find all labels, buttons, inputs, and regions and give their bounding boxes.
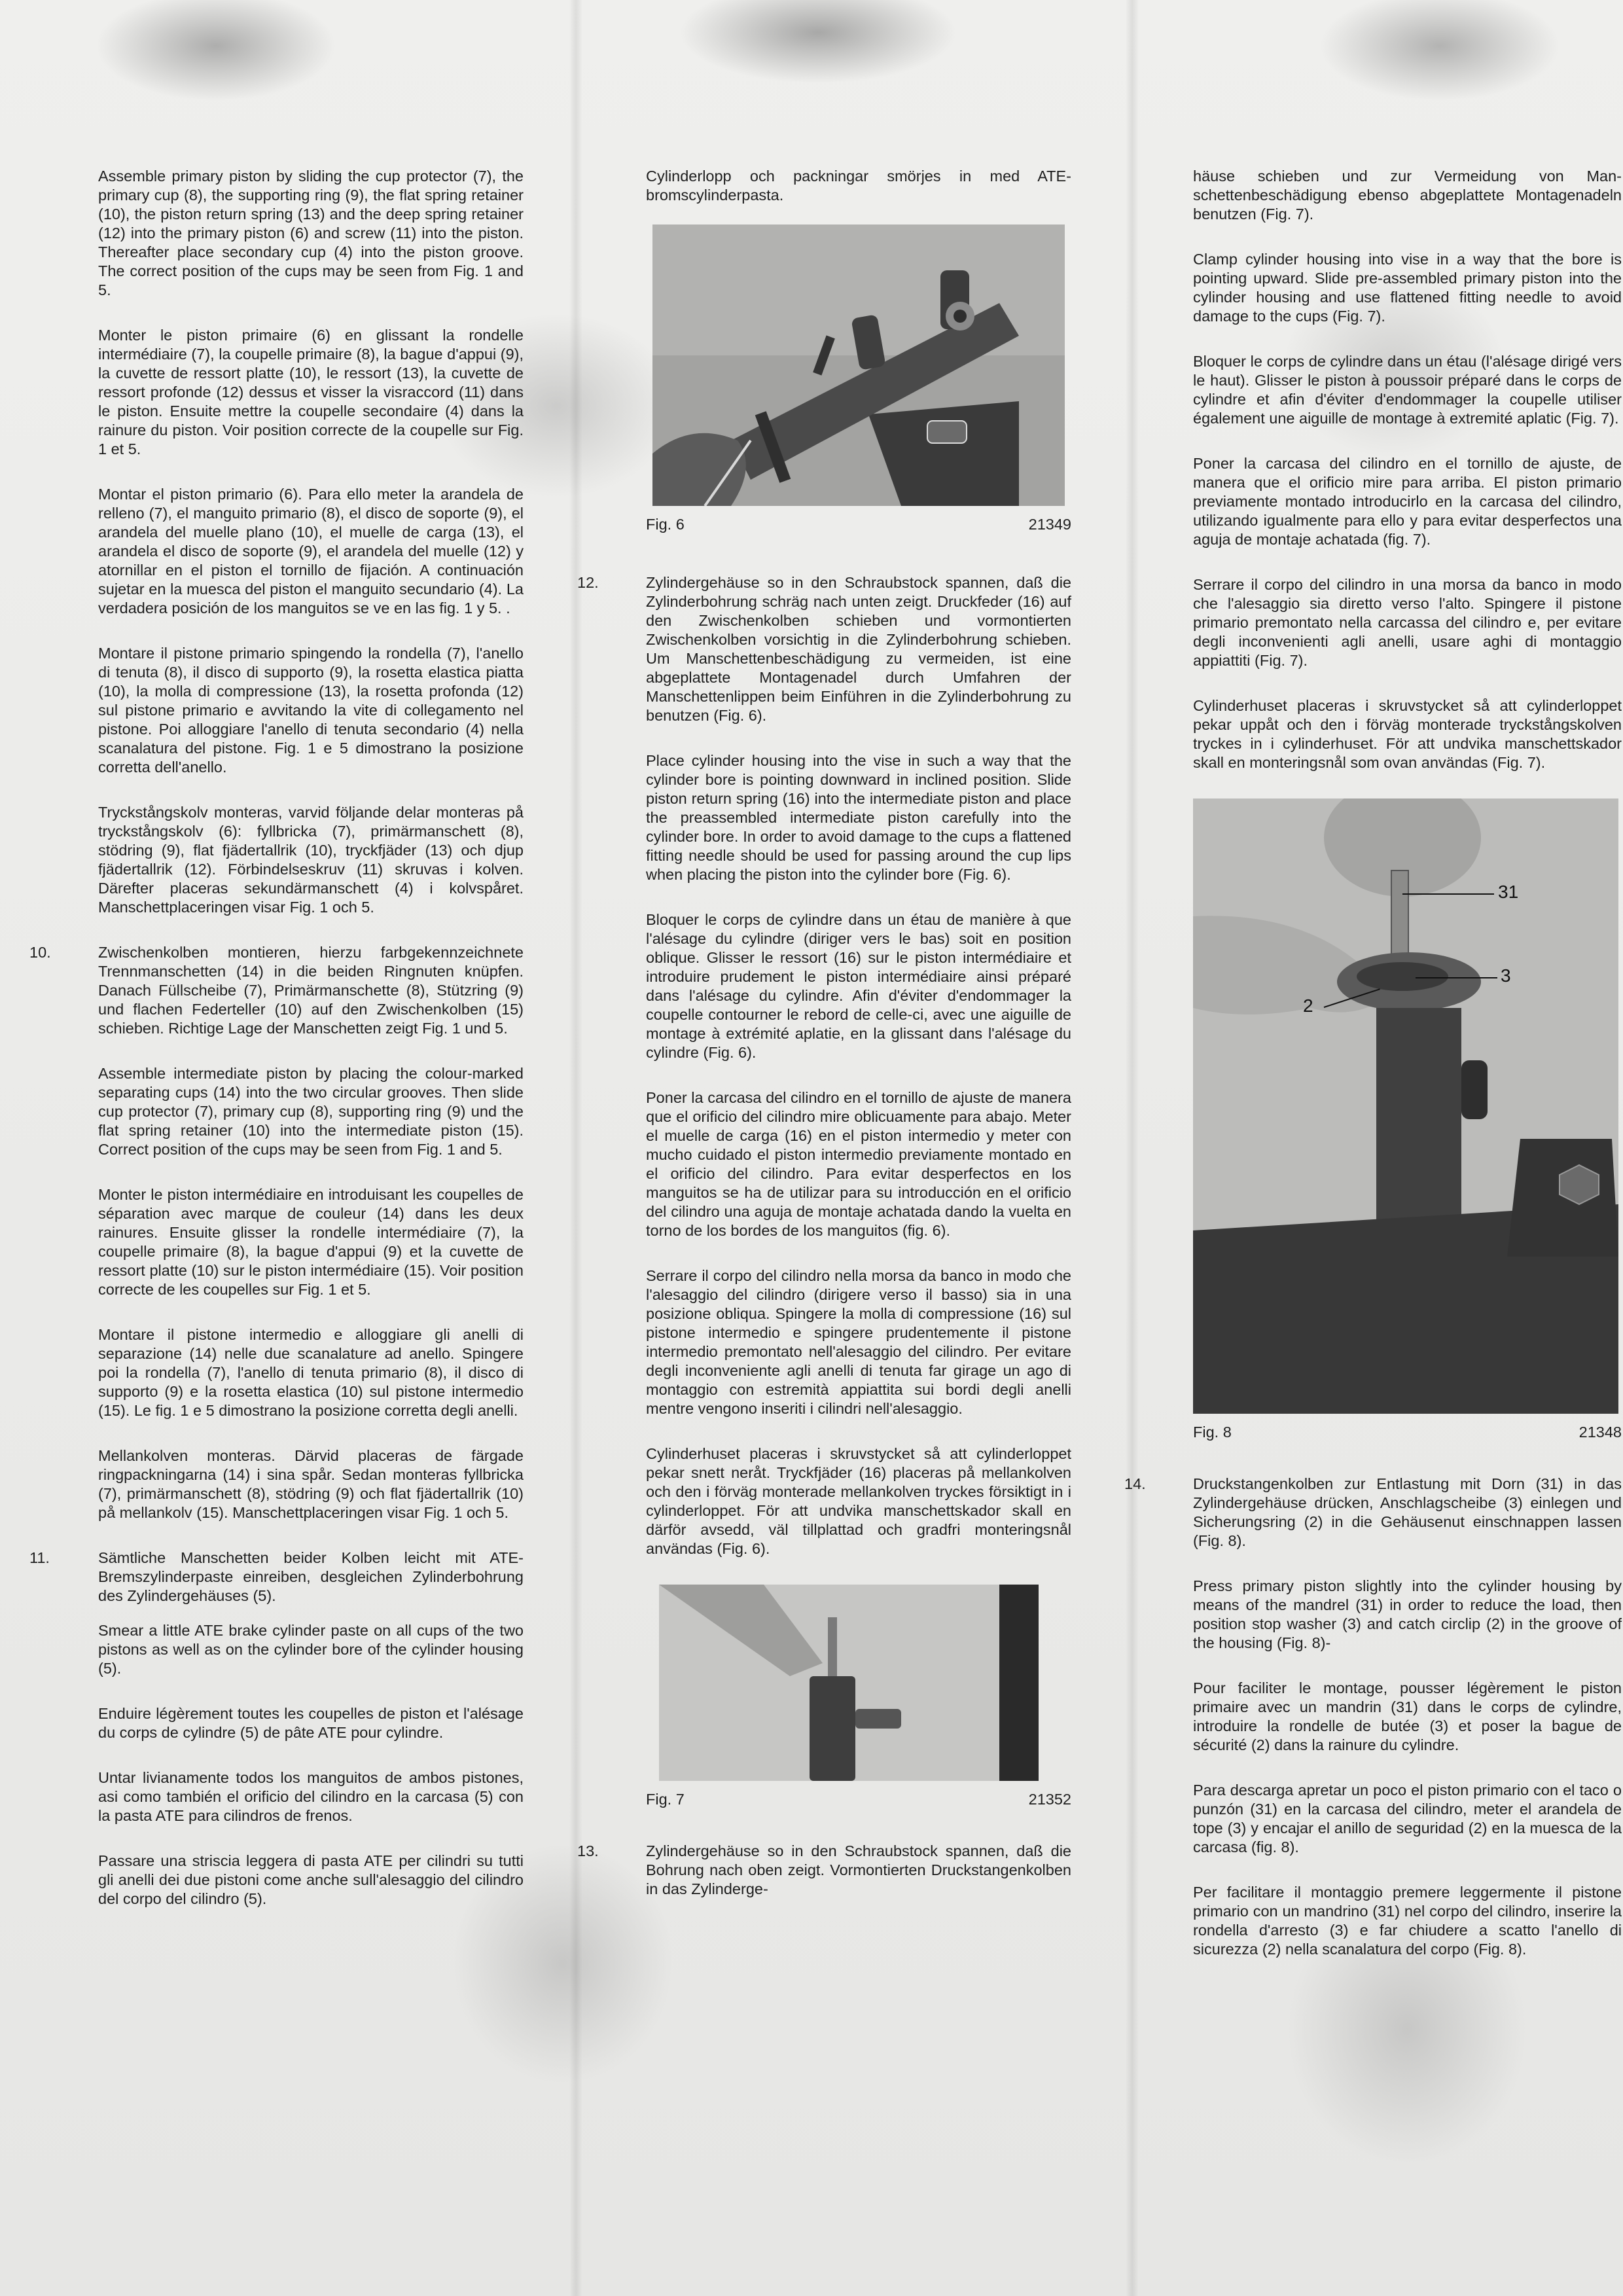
step-10-it: Montare il pistone intermedio e alloggia… — [98, 1325, 524, 1420]
page-fold — [569, 0, 582, 2296]
figure-6: Fig. 6 21349 — [646, 224, 1071, 534]
step-13-it: Serrare il corpo del cilindro in una mor… — [1193, 575, 1622, 670]
step-11-es: Untar livianamente todos los manguitos d… — [98, 1768, 524, 1825]
step-14-it: Per facilitare il montaggio premere legg… — [1193, 1883, 1622, 1959]
step-14: 14. Druckstangenkolben zur Entlastung mi… — [1193, 1475, 1622, 1551]
step-number: 14. — [1124, 1475, 1183, 1494]
step-10: 10. Zwischenkolben montieren, hierzu far… — [98, 943, 524, 1038]
paragraph-en-primary-piston: Assemble primary piston by sliding the c… — [98, 167, 524, 300]
paragraph-sv-lubricate: Cylinderlopp och packningar smörjes in m… — [646, 167, 1071, 205]
figure-8: 31 3 2 Fig. 8 21348 — [1193, 798, 1622, 1442]
step-13-de-start: Zylindergehäuse so in den Schraubstock s… — [646, 1842, 1071, 1897]
step-12-sv: Cylinderhuset placeras i skruvstycket så… — [646, 1444, 1071, 1558]
step-12-it: Serrare il corpo del cilindro nella mors… — [646, 1266, 1071, 1418]
step-11: 11. Sämtliche Manschetten beider Kolben … — [98, 1549, 524, 1605]
paragraph-sv-primary-piston: Tryckstångskolv monteras, varvid följand… — [98, 803, 524, 917]
step-12-es: Poner la carcasa del cilindro en el torn… — [646, 1088, 1071, 1240]
step-14-fr: Pour faciliter le montage, pousser légèr… — [1193, 1679, 1622, 1755]
figure-8-photo: 31 3 2 — [1193, 798, 1618, 1414]
callout-label-2: 2 — [1303, 996, 1313, 1015]
figure-7-number: 21352 — [1029, 1790, 1071, 1809]
paragraph-it-primary-piston: Montare il pistone primario spingendo la… — [98, 644, 524, 777]
figure-8-caption: Fig. 8 21348 — [1193, 1423, 1622, 1442]
figure-7: Fig. 7 21352 — [646, 1585, 1071, 1809]
step-12: 12. Zylindergehäuse so in den Schraubsto… — [646, 573, 1071, 725]
callout-leader-31 — [1402, 893, 1494, 895]
figure-6-photo — [652, 224, 1065, 506]
step-13-en: Clamp cylinder housing into vise in a wa… — [1193, 250, 1622, 326]
cylinder-vertical-illustration — [659, 1585, 1039, 1781]
callout-label-31: 31 — [1498, 882, 1518, 901]
step-11-en: Smear a little ATE brake cylinder paste … — [98, 1621, 524, 1678]
step-13: 13. Zylindergehäuse so in den Schraubsto… — [646, 1842, 1071, 1899]
step-number: 10. — [29, 943, 88, 962]
mandrel-pressing-piston-illustration — [1193, 798, 1618, 1414]
step-number: 13. — [577, 1842, 636, 1861]
step-13-fr: Bloquer le corps de cylindre dans un éta… — [1193, 352, 1622, 428]
step-number: 12. — [577, 573, 636, 592]
step-11-fr: Enduire légèrement toutes les coupelles … — [98, 1704, 524, 1742]
step-12-fr: Bloquer le corps de cylindre dans un éta… — [646, 910, 1071, 1062]
step-10-en: Assemble intermediate piston by placing … — [98, 1064, 524, 1159]
step-10-de: Zwischenkolben montieren, hierzu farbgek… — [98, 944, 524, 1037]
step-14-de: Druckstangenkolben zur Entlastung mit Do… — [1193, 1475, 1622, 1549]
callout-label-3: 3 — [1501, 966, 1511, 985]
figure-6-caption: Fig. 6 21349 — [646, 515, 1071, 534]
step-number: 11. — [29, 1549, 88, 1568]
step-13-sv: Cylinderhuset placeras i skruvstycket så… — [1193, 696, 1622, 772]
step-13-es: Poner la carcasa del cilindro en el torn… — [1193, 454, 1622, 549]
callout-leader-3 — [1416, 977, 1497, 978]
step-11-it: Passare una striscia leggera di pasta AT… — [98, 1852, 524, 1909]
step-14-es: Para descarga apretar un poco el piston … — [1193, 1781, 1622, 1857]
middle-column: Cylinderlopp och packningar smörjes in m… — [646, 167, 1071, 1925]
step-13-de-end: häuse schieben und zur Vermeidung von Ma… — [1193, 167, 1622, 224]
step-12-en: Place cylinder housing into the vise in … — [646, 751, 1071, 884]
step-12-de: Zylindergehäuse so in den Schraubstock s… — [646, 574, 1071, 724]
step-10-sv: Mellankolven monteras. Därvid placeras d… — [98, 1446, 524, 1522]
figure-8-number: 21348 — [1579, 1423, 1622, 1442]
cylinder-in-vise-illustration — [652, 224, 1065, 506]
figure-8-label: Fig. 8 — [1193, 1423, 1232, 1442]
right-column: häuse schieben und zur Vermeidung von Ma… — [1193, 167, 1622, 1985]
step-11-de: Sämtliche Manschetten beider Kolben leic… — [98, 1549, 524, 1604]
page-fold — [1126, 0, 1139, 2296]
figure-7-caption: Fig. 7 21352 — [646, 1790, 1071, 1809]
figure-7-label: Fig. 7 — [646, 1790, 685, 1809]
figure-6-label: Fig. 6 — [646, 515, 685, 534]
figure-6-number: 21349 — [1029, 515, 1071, 534]
paragraph-fr-primary-piston: Monter le piston primaire (6) en glissan… — [98, 326, 524, 459]
figure-7-photo — [659, 1585, 1039, 1781]
step-10-fr: Monter le piston intermédiaire en introd… — [98, 1185, 524, 1299]
left-column: Assemble primary piston by sliding the c… — [98, 167, 524, 1935]
paragraph-es-primary-piston: Montar el piston primario (6). Para ello… — [98, 485, 524, 618]
step-14-en: Press primary piston slightly into the c… — [1193, 1577, 1622, 1653]
